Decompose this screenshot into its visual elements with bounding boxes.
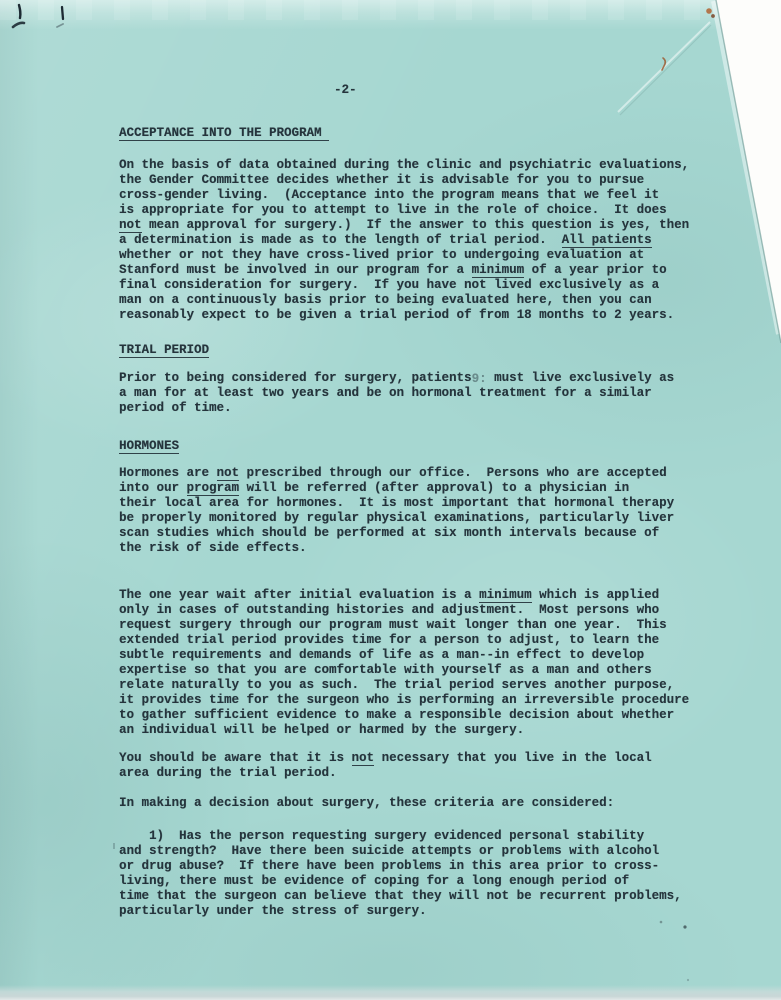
text-line: a determination is made as to the length…	[119, 233, 689, 248]
text-line: cross-gender living. (Acceptance into th…	[119, 188, 689, 203]
text-line: living, there must be evidence of coping…	[119, 874, 682, 889]
text-line: it provides time for the surgeon who is …	[119, 693, 689, 708]
text-line: man on a continuously basis prior to bei…	[119, 293, 689, 308]
paragraph: Hormones are not prescribed through our …	[119, 466, 674, 556]
page-number: -2-	[334, 83, 357, 98]
text-line: In making a decision about surgery, thes…	[119, 796, 614, 811]
text-line: On the basis of data obtained during the…	[119, 158, 689, 173]
text-line: to gather sufficient evidence to make a …	[119, 708, 689, 723]
typed-text-layer: -2-ACCEPTANCE INTO THE PROGRAM On the ba…	[0, 0, 781, 1000]
scanned-document: -2-ACCEPTANCE INTO THE PROGRAM On the ba…	[0, 0, 781, 1000]
text-line: not mean approval for surgery.) If the a…	[119, 218, 689, 233]
section-heading: HORMONES	[119, 439, 179, 454]
text-line: period of time.	[119, 401, 674, 416]
heading-text: HORMONES	[119, 439, 179, 454]
paragraph: On the basis of data obtained during the…	[119, 158, 689, 323]
text-line: expertise so that you are comfortable wi…	[119, 663, 689, 678]
text-line: Stanford must be involved in our program…	[119, 263, 689, 278]
text-line: final consideration for surgery. If you …	[119, 278, 689, 293]
text-line: 1) Has the person requesting surgery evi…	[119, 829, 682, 844]
text-line: area during the trial period.	[119, 766, 652, 781]
underlined-text: All patients	[562, 233, 652, 248]
text-line: time that the surgeon can believe that t…	[119, 889, 682, 904]
text-line: is appropriate for you to attempt to liv…	[119, 203, 689, 218]
paragraph: 1) Has the person requesting surgery evi…	[119, 829, 682, 919]
text-line: subtle requirements and demands of life …	[119, 648, 689, 663]
text-line: a man for at least two years and be on h…	[119, 386, 674, 401]
heading-text: ACCEPTANCE INTO THE PROGRAM	[119, 126, 329, 141]
text-line: Hormones are not prescribed through our …	[119, 466, 674, 481]
text-line: scan studies which should be performed a…	[119, 526, 674, 541]
text-line: their local area for hormones. It is mos…	[119, 496, 674, 511]
text-line: and strength? Have there been suicide at…	[119, 844, 682, 859]
underlined-text: not	[352, 751, 375, 766]
heading-text: TRIAL PERIOD	[119, 343, 209, 358]
text-line: be properly monitored by regular physica…	[119, 511, 674, 526]
paragraph: Prior to being considered for surgery, p…	[119, 371, 674, 416]
text-line: the Gender Committee decides whether it …	[119, 173, 689, 188]
typo-smudge: 9:	[472, 372, 487, 386]
underlined-text: program	[187, 481, 240, 496]
text-line: or drug abuse? If there have been proble…	[119, 859, 682, 874]
paragraph: The one year wait after initial evaluati…	[119, 588, 689, 738]
paragraph: In making a decision about surgery, thes…	[119, 796, 614, 811]
underlined-text: not	[217, 466, 240, 481]
text-line: The one year wait after initial evaluati…	[119, 588, 689, 603]
text-line: extended trial period provides time for …	[119, 633, 689, 648]
text-line: into our program will be referred (after…	[119, 481, 674, 496]
text-line: reasonably expect to be given a trial pe…	[119, 308, 689, 323]
section-heading: TRIAL PERIOD	[119, 343, 209, 358]
scan-bottom-edge	[0, 985, 781, 1000]
text-line: whether or not they have cross-lived pri…	[119, 248, 689, 263]
underlined-text: minimum	[472, 263, 525, 278]
text-line: an individual will be helped or harmed b…	[119, 723, 689, 738]
text-line: request surgery through our program must…	[119, 618, 689, 633]
text-line: the risk of side effects.	[119, 541, 674, 556]
text-line: particularly under the stress of surgery…	[119, 904, 682, 919]
paragraph: You should be aware that it is not neces…	[119, 751, 652, 781]
underlined-text: minimum	[479, 588, 532, 603]
text-line: Prior to being considered for surgery, p…	[119, 371, 674, 386]
section-heading: ACCEPTANCE INTO THE PROGRAM	[119, 126, 329, 141]
underlined-text: not	[119, 218, 142, 233]
text-line: relate naturally to you as such. The tri…	[119, 678, 689, 693]
text-line: You should be aware that it is not neces…	[119, 751, 652, 766]
text-line: only in cases of outstanding histories a…	[119, 603, 689, 618]
